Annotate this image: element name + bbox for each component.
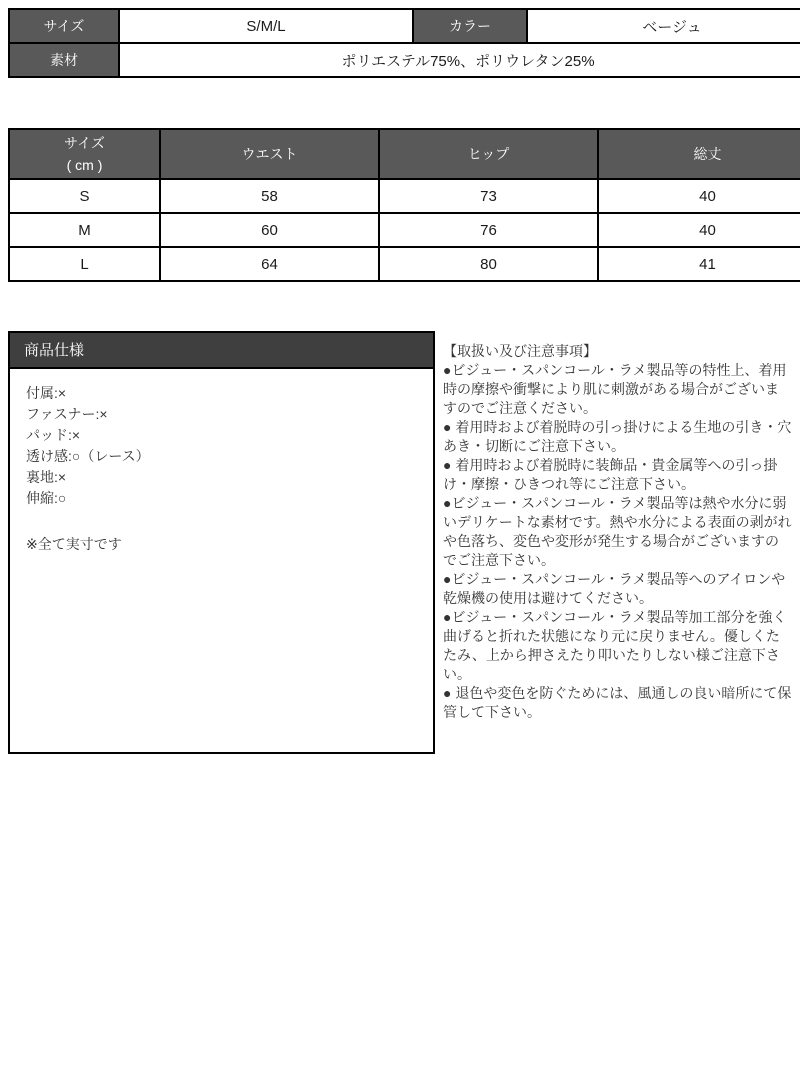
size-cell: S — [9, 179, 160, 213]
hip-cell: 80 — [379, 247, 598, 281]
spec-line-stretch: 伸縮:○ — [26, 488, 417, 509]
handling-note-item: ●ビジュー・スパンコール・ラメ製品等は熱や水分に弱いデリケートな素材です。熱や水… — [443, 494, 792, 570]
handling-note-item: ●ビジュー・スパンコール・ラメ製品等へのアイロンや乾燥機の使用は避けてください。 — [443, 570, 792, 608]
size-chart-row-s: S 58 73 40 — [9, 179, 800, 213]
spec-line-pad: パッド:× — [26, 425, 417, 446]
waist-cell: 58 — [160, 179, 379, 213]
product-spec-body: 付属:× ファスナー:× パッド:× 透け感:○（レース） 裏地:× 伸縮:○ … — [10, 369, 433, 569]
size-cell: M — [9, 213, 160, 247]
spec-line-accessories: 付属:× — [26, 383, 417, 404]
hip-cell: 73 — [379, 179, 598, 213]
size-chart-header-hip: ヒップ — [379, 129, 598, 179]
handling-note-item: ● 着用時および着脱時に装飾品・貴金属等への引っ掛け・摩擦・ひきつれ等にご注意下… — [443, 456, 792, 494]
size-label-cell: サイズ — [9, 9, 119, 43]
product-spec-title: 商品仕様 — [10, 333, 433, 369]
handling-note-item: ●ビジュー・スパンコール・ラメ製品等の特性上、着用時の摩擦や衝撃により肌に刺激が… — [443, 361, 792, 418]
spec-line-sheerness: 透け感:○（レース） — [26, 446, 417, 467]
waist-cell: 60 — [160, 213, 379, 247]
handling-notes-title: 【取扱い及び注意事項】 — [443, 342, 792, 361]
length-cell: 40 — [598, 179, 800, 213]
size-chart-header-size-line1: サイズ — [14, 132, 155, 154]
bottom-section: 商品仕様 付属:× ファスナー:× パッド:× 透け感:○（レース） 裏地:× … — [8, 331, 792, 754]
spec-line-lining: 裏地:× — [26, 467, 417, 488]
color-label-cell: カラー — [413, 9, 527, 43]
spec-note: ※全て実寸です — [26, 534, 417, 555]
material-value-cell: ポリエステル75%、ポリウレタン25% — [119, 43, 800, 77]
size-chart-header-waist: ウエスト — [160, 129, 379, 179]
handling-note-item: ● 着用時および着脱時の引っ掛けによる生地の引き・穴あき・切断にご注意下さい。 — [443, 418, 792, 456]
length-cell: 41 — [598, 247, 800, 281]
color-value-cell: ベージュ — [527, 9, 800, 43]
hip-cell: 76 — [379, 213, 598, 247]
size-chart-row-m: M 60 76 40 — [9, 213, 800, 247]
size-value-cell: S/M/L — [119, 9, 413, 43]
material-label-cell: 素材 — [9, 43, 119, 77]
length-cell: 40 — [598, 213, 800, 247]
size-chart-header-size: サイズ ( cm ) — [9, 129, 160, 179]
product-spec-box: 商品仕様 付属:× ファスナー:× パッド:× 透け感:○（レース） 裏地:× … — [8, 331, 435, 754]
size-chart-header-length: 総丈 — [598, 129, 800, 179]
size-chart-table: サイズ ( cm ) ウエスト ヒップ 総丈 S 58 73 40 M 60 7… — [8, 128, 800, 282]
size-chart-row-l: L 64 80 41 — [9, 247, 800, 281]
handling-note-item: ●ビジュー・スパンコール・ラメ製品等加工部分を強く曲げると折れた状態になり元に戻… — [443, 608, 792, 684]
handling-note-item: ● 退色や変色を防ぐためには、風通しの良い暗所にて保管して下さい。 — [443, 684, 792, 722]
handling-notes: 【取扱い及び注意事項】 ●ビジュー・スパンコール・ラメ製品等の特性上、着用時の摩… — [443, 331, 792, 722]
size-chart-header-size-line2: ( cm ) — [14, 154, 155, 176]
spec-line-fastener: ファスナー:× — [26, 404, 417, 425]
size-chart-header-row: サイズ ( cm ) ウエスト ヒップ 総丈 — [9, 129, 800, 179]
waist-cell: 64 — [160, 247, 379, 281]
size-cell: L — [9, 247, 160, 281]
product-info-table: サイズ S/M/L カラー ベージュ 素材 ポリエステル75%、ポリウレタン25… — [8, 8, 800, 78]
info-row-size-color: サイズ S/M/L カラー ベージュ — [9, 9, 800, 43]
info-row-material: 素材 ポリエステル75%、ポリウレタン25% — [9, 43, 800, 77]
product-detail-page: サイズ S/M/L カラー ベージュ 素材 ポリエステル75%、ポリウレタン25… — [0, 0, 800, 1067]
